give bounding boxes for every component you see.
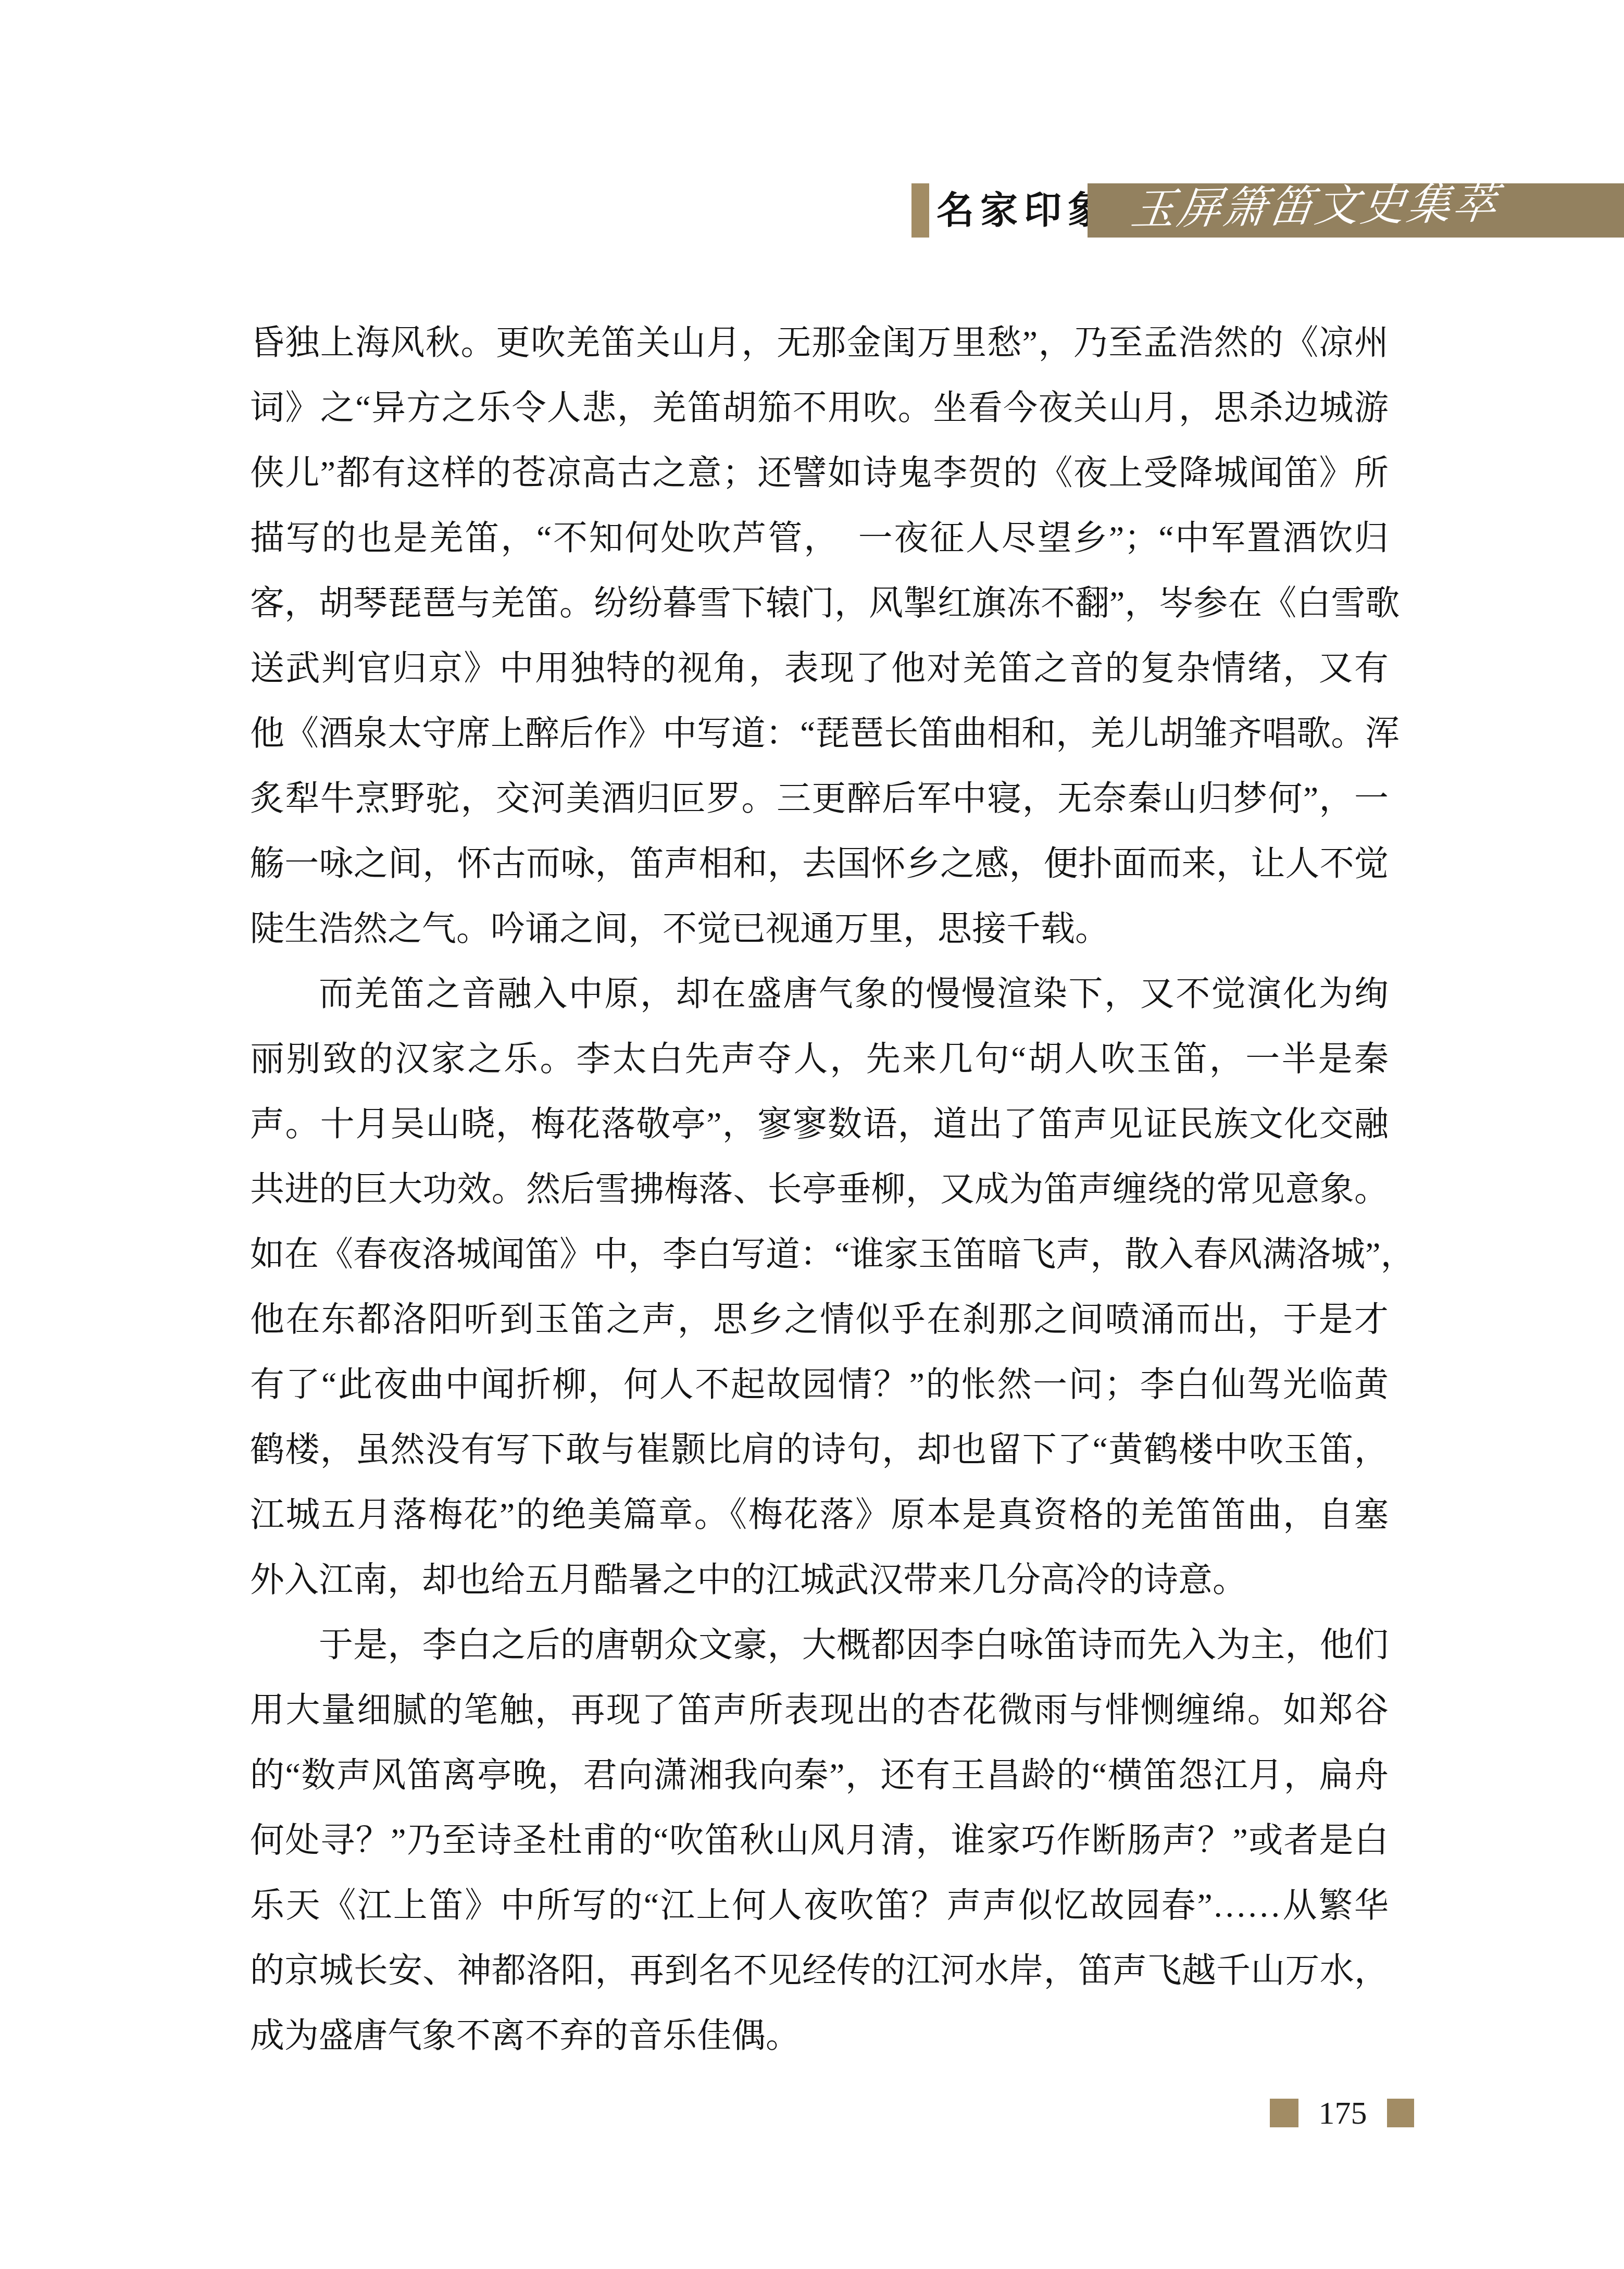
text-line: 的京城长安、神都洛阳，再到名不见经传的江河水岸，笛声飞越千山万水， xyxy=(250,1938,1389,2003)
text-line: 外入江南，却也给五月酷暑之中的江城武汉带来几分高冷的诗意。 xyxy=(250,1548,1389,1613)
banner-calligraphy-title: 玉屏箫笛文史集萃 xyxy=(1128,175,1502,240)
header-banner: 玉屏箫笛文史集萃 xyxy=(1088,183,1624,238)
text-line: 用大量细腻的笔触，再现了笛声所表现出的杏花微雨与悱恻缠绵。如郑谷 xyxy=(250,1678,1389,1743)
text-line: 乐天《江上笛》中所写的“江上何人夜吹笛？声声似忆故园春”……从繁华 xyxy=(250,1873,1389,1938)
text-line: 鹤楼，虽然没有写下敢与崔颢比肩的诗句，却也留下了“黄鹤楼中吹玉笛， xyxy=(250,1417,1389,1482)
text-line: 而羌笛之音融入中原，却在盛唐气象的慢慢渲染下，又不觉演化为绚 xyxy=(250,962,1389,1027)
text-line: 他《酒泉太守席上醉后作》中写道：“琵琶长笛曲相和，羌儿胡雏齐唱歌。浑 xyxy=(250,701,1389,766)
text-line: 声。十月吴山晓，梅花落敬亭”，寥寥数语，道出了笛声见证民族文化交融 xyxy=(250,1092,1389,1157)
text-line: 昏独上海风秋。更吹羌笛关山月，无那金闺万里愁”，乃至孟浩然的《凉州 xyxy=(250,310,1389,376)
text-line: 描写的也是羌笛，“不知何处吹芦管， 一夜征人尽望乡”；“中军置酒饮归 xyxy=(250,506,1389,571)
text-line: 丽别致的汉家之乐。李太白先声夺人，先来几句“胡人吹玉笛，一半是秦 xyxy=(250,1027,1389,1092)
text-line: 他在东都洛阳听到玉笛之声，思乡之情似乎在刹那之间喷涌而出，于是才 xyxy=(250,1287,1389,1352)
text-line: 侠儿”都有这样的苍凉高古之意；还譬如诗鬼李贺的《夜上受降城闻笛》所 xyxy=(250,441,1389,506)
text-line: 如在《春夜洛城闻笛》中，李白写道：“谁家玉笛暗飞声，散入春风满洛城”， xyxy=(250,1222,1389,1287)
text-line: 陡生浩然之气。吟诵之间，不觉已视通万里，思接千载。 xyxy=(250,896,1389,962)
page-number: 175 xyxy=(1298,2093,1387,2134)
body-text: 昏独上海风秋。更吹羌笛关山月，无那金闺万里愁”，乃至孟浩然的《凉州词》之“异方之… xyxy=(250,310,1389,2068)
text-line: 词》之“异方之乐令人悲，羌笛胡笳不用吹。坐看今夜关山月，思杀边城游 xyxy=(250,376,1389,441)
text-line: 客，胡琴琵琶与羌笛。纷纷暮雪下辕门，风掣红旗冻不翻”，岑参在《白雪歌 xyxy=(250,571,1389,636)
header-accent-bar xyxy=(911,183,929,238)
text-line: 的“数声风笛离亭晚，君向潇湘我向秦”，还有王昌龄的“横笛怨江月，扁舟 xyxy=(250,1743,1389,1808)
book-page: 名家印象 玉屏箫笛文史集萃 昏独上海风秋。更吹羌笛关山月，无那金闺万里愁”，乃至… xyxy=(0,0,1624,2269)
text-line: 送武判官归京》中用独特的视角，表现了他对羌笛之音的复杂情绪，又有 xyxy=(250,636,1389,701)
text-line: 何处寻？”乃至诗圣杜甫的“吹笛秋山风月清，谁家巧作断肠声？”或者是白 xyxy=(250,1808,1389,1873)
text-line: 江城五月落梅花”的绝美篇章。《梅花落》原本是真资格的羌笛笛曲，自塞 xyxy=(250,1482,1389,1548)
text-line: 觞一咏之间，怀古而咏，笛声相和，去国怀乡之感，便扑面而来，让人不觉 xyxy=(250,831,1389,896)
text-line: 成为盛唐气象不离不弃的音乐佳偶。 xyxy=(250,2003,1389,2068)
text-line: 炙犁牛烹野驼，交河美酒归叵罗。三更醉后军中寝，无奈秦山归梦何”，一 xyxy=(250,766,1389,831)
text-line: 共进的巨大功效。然后雪拂梅落、长亭垂柳，又成为笛声缠绕的常见意象。 xyxy=(250,1157,1389,1222)
footer-accent-square-right xyxy=(1387,2099,1414,2127)
text-line: 于是，李白之后的唐朝众文豪，大概都因李白咏笛诗而先入为主，他们 xyxy=(250,1613,1389,1678)
section-label: 名家印象 xyxy=(936,183,1111,238)
text-line: 有了“此夜曲中闻折柳，何人不起故园情？”的怅然一问；李白仙驾光临黄 xyxy=(250,1352,1389,1417)
footer-accent-square-left xyxy=(1270,2099,1298,2127)
